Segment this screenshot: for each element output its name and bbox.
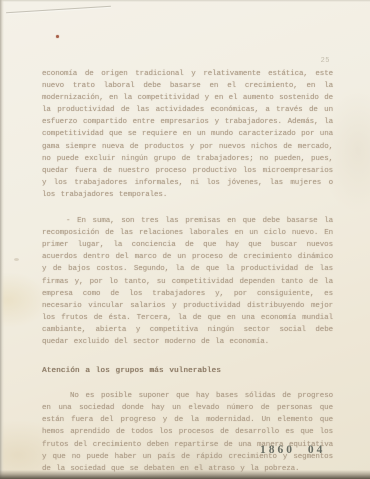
archive-number-stamp: 1860 04: [260, 444, 325, 456]
text-block: economía de origen tradicional y relativ…: [42, 68, 333, 475]
smudge-mark: [14, 258, 19, 261]
ink-spot: [56, 35, 59, 38]
body-paragraph-vulnerable-groups: No es posible suponer que hay bases sóli…: [42, 390, 333, 475]
body-paragraph-continuation: economía de origen tradicional y relativ…: [42, 68, 333, 201]
body-paragraph-premises: - En suma, son tres las premisas en que …: [42, 215, 333, 348]
scanned-document-page: 25 economía de origen tradicional y rela…: [0, 0, 370, 479]
paper-edge-left: [0, 0, 4, 479]
page-number: 25: [321, 57, 330, 65]
paper-edge-top: [0, 0, 370, 2]
section-heading: Atención a los grupos más vulnerables: [42, 365, 333, 377]
crease-mark: [6, 6, 111, 13]
